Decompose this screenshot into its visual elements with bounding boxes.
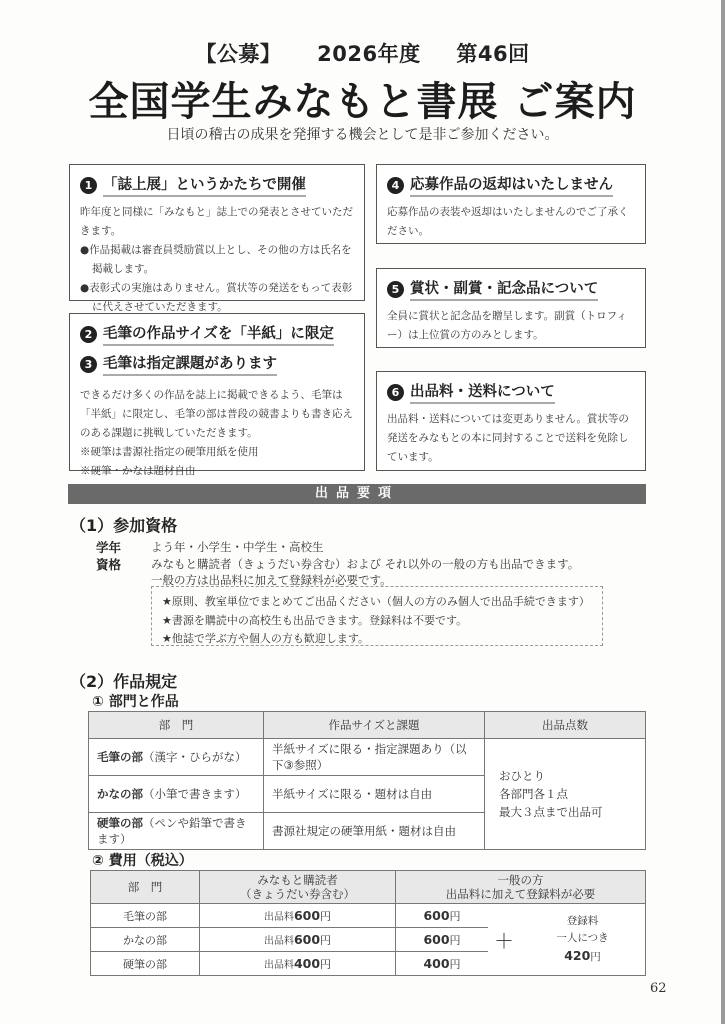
box-1-intro: 昨年度と同様に「みなもと」誌上での発表とさせていただきます。 <box>80 203 354 241</box>
yen-unit: 円 <box>320 958 331 971</box>
box-1-bullet-2: ●表彰式の実施はありません。賞状等の発送をもって表彰に代えさせていただきます。 <box>80 279 354 317</box>
fee-amount: 600 <box>423 908 449 923</box>
col-header-rule: 作品サイズと課題 <box>264 712 485 739</box>
box-2-3-note-1: ※硬筆は書源社指定の硬筆用紙を使用 <box>80 443 354 462</box>
reg-amount: 420 <box>564 948 590 963</box>
box-2-3-body: できるだけ多くの作品を誌上に掲載できるよう、毛筆は「半紙」に限定し、毛筆の部は普… <box>80 386 354 443</box>
fee-header-subscriber: みなもと購読者 （きょうだい券含む） <box>200 871 396 904</box>
fees-table: 部 門 みなもと購読者 （きょうだい券含む） 一般の方 出品料に加えて登録料が必… <box>90 870 646 976</box>
plus-sign: ＋ <box>488 904 520 976</box>
fee-dept: 毛筆の部 <box>91 904 200 928</box>
fee-header-dept: 部 門 <box>91 871 200 904</box>
notes-box: ★原則、教室単位でまとめてご出品ください（個人の方のみ個人で出品手続できます） … <box>151 586 603 646</box>
box-6-body: 出品料・送料については変更ありません。賞状等の発送をみなもとの本に同封することで… <box>387 410 635 467</box>
registration-fee: 登録料 一人につき 420円 <box>520 904 646 976</box>
entry-count-cell: おひとり 各部門各１点 最大３点まで出品可 <box>485 739 646 850</box>
open-call-badge: 【公募】 <box>195 42 281 66</box>
dept-rule: 半紙サイズに限る・題材は自由 <box>264 776 485 813</box>
number-1-icon: 1 <box>80 177 97 194</box>
subscriber-note: （きょうだい券含む） <box>201 887 394 901</box>
box-4-body: 応募作品の表装や返却はいたしませんのでご了承ください。 <box>387 203 635 241</box>
number-2-icon: 2 <box>80 326 97 343</box>
box-2-heading: 毛筆の作品サイズを「半紙」に限定 <box>103 322 334 346</box>
yen-unit: 円 <box>450 934 461 947</box>
subscriber-fee: 出品料600円 <box>200 904 396 928</box>
fee-header-general: 一般の方 出品料に加えて登録料が必要 <box>396 871 646 904</box>
qualification-value-1: みなもと購読者（きょうだい券含む）および それ以外の一般の方も出品できます。 <box>151 556 579 572</box>
yen-unit: 円 <box>590 951 601 963</box>
subscriber-fee: 出品料600円 <box>200 928 396 952</box>
page-title: 全国学生みなもと書展 ご案内 <box>0 70 725 127</box>
dept-rule: 書源社規定の硬筆用紙・題材は自由 <box>264 813 485 850</box>
box-5-heading: 賞状・副賞・記念品について <box>410 277 598 301</box>
subsection-1-title: ① 部門と作品 <box>92 691 179 711</box>
box-4-heading: 応募作品の返却はいたしません <box>410 173 613 197</box>
dept-name: かなの部 <box>97 787 143 801</box>
edition: 第46回 <box>456 42 529 66</box>
reg-per-person: 一人につき <box>521 930 644 947</box>
fee-prefix: 出品料 <box>264 936 294 947</box>
number-4-icon: 4 <box>387 177 404 194</box>
dept-name: 硬筆の部 <box>97 816 143 830</box>
page-subtitle: 日頃の稽古の成果を発揮する機会として是非ご参加ください。 <box>0 124 725 144</box>
dept-name: 毛筆の部 <box>97 750 143 764</box>
general-fee: 400円 <box>396 952 489 976</box>
number-6-icon: 6 <box>387 384 404 401</box>
page-edge <box>721 0 725 1024</box>
info-box-1: 1「誌上展」というかたちで開催 昨年度と同様に「みなもと」誌上での発表とさせてい… <box>69 164 365 301</box>
yen-unit: 円 <box>320 910 331 923</box>
yen-unit: 円 <box>450 958 461 971</box>
box-1-bullet-1: ●作品掲載は審査員奨励賞以上とし、その他の方は氏名を掲載します。 <box>80 241 354 279</box>
fee-amount: 600 <box>294 908 320 923</box>
col-header-dept: 部 門 <box>89 712 264 739</box>
general-label: 一般の方 <box>397 873 644 887</box>
dept-rule: 半紙サイズに限る・指定課題あり（以下③参照） <box>264 739 485 776</box>
general-fee: 600円 <box>396 904 489 928</box>
count-line-2: 各部門各１点 <box>499 785 637 803</box>
fee-dept: 硬筆の部 <box>91 952 200 976</box>
fee-amount: 400 <box>294 956 320 971</box>
subscriber-label: みなもと購読者 <box>201 873 394 887</box>
fee-row: 毛筆の部 出品料600円 600円 ＋ 登録料 一人につき 420円 <box>91 904 646 928</box>
box-2-3-note-2: ※硬筆・かなは題材自由 <box>80 462 354 481</box>
yen-unit: 円 <box>320 934 331 947</box>
box-6-heading: 出品料・送料について <box>410 380 555 404</box>
fiscal-year: 2026年度 <box>317 42 420 66</box>
box-1-heading: 「誌上展」というかたちで開催 <box>103 173 306 197</box>
box-5-body: 全員に賞状と記念品を贈呈します。副賞（トロフィー）は上位賞の方のみとします。 <box>387 307 635 345</box>
page-number: 62 <box>650 981 667 996</box>
grade-value: よう年・小学生・中学生・高校生 <box>151 539 324 555</box>
qualification-label: 資格 <box>96 555 121 573</box>
fee-amount: 400 <box>423 956 449 971</box>
header-line: 【公募】 2026年度 第46回 <box>0 38 725 68</box>
number-3-icon: 3 <box>80 356 97 373</box>
subscriber-fee: 出品料400円 <box>200 952 396 976</box>
fee-amount: 600 <box>294 932 320 947</box>
grade-label: 学年 <box>96 538 121 556</box>
categories-table: 部 門 作品サイズと課題 出品点数 毛筆の部（漢字・ひらがな） 半紙サイズに限る… <box>88 711 646 850</box>
reg-label: 登録料 <box>521 913 644 930</box>
yen-unit: 円 <box>450 910 461 923</box>
count-line-3: 最大３点まで出品可 <box>499 803 637 821</box>
section-band: 出品要項 <box>68 484 646 504</box>
section-2-title: （2）作品規定 <box>70 669 177 692</box>
number-5-icon: 5 <box>387 281 404 298</box>
info-box-5: 5賞状・副賞・記念品について 全員に賞状と記念品を贈呈します。副賞（トロフィー）… <box>376 268 646 348</box>
count-line-1: おひとり <box>499 767 637 785</box>
note-1: ★原則、教室単位でまとめてご出品ください（個人の方のみ個人で出品手続できます） <box>162 593 592 612</box>
info-box-2-3: 2毛筆の作品サイズを「半紙」に限定 3毛筆は指定課題があります できるだけ多くの… <box>69 313 365 471</box>
fee-prefix: 出品料 <box>264 912 294 923</box>
note-2: ★書源を購読中の高校生も出品できます。登録料は不要です。 <box>162 612 592 631</box>
section-1-title: （1）参加資格 <box>70 513 177 536</box>
box-3-heading: 毛筆は指定課題があります <box>103 352 277 376</box>
subsection-2-title: ② 費用（税込） <box>92 850 193 870</box>
fee-dept: かなの部 <box>91 928 200 952</box>
general-note: 出品料に加えて登録料が必要 <box>397 887 644 901</box>
table-row: 毛筆の部（漢字・ひらがな） 半紙サイズに限る・指定課題あり（以下③参照） おひと… <box>89 739 646 776</box>
col-header-count: 出品点数 <box>485 712 646 739</box>
dept-note: （漢字・ひらがな） <box>143 750 247 764</box>
info-box-6: 6出品料・送料について 出品料・送料については変更ありません。賞状等の発送をみな… <box>376 371 646 471</box>
fee-prefix: 出品料 <box>264 960 294 971</box>
info-box-4: 4応募作品の返却はいたしません 応募作品の表装や返却はいたしませんのでご了承くだ… <box>376 164 646 244</box>
general-fee: 600円 <box>396 928 489 952</box>
note-3: ★他誌で学ぶ方や個人の方も歓迎します。 <box>162 630 592 649</box>
fee-amount: 600 <box>423 932 449 947</box>
dept-note: （小筆で書きます） <box>143 787 247 801</box>
